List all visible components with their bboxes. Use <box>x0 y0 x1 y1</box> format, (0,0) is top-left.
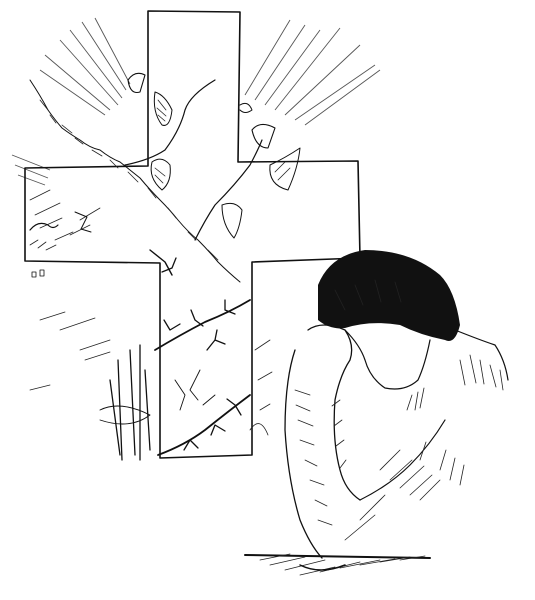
ground-shadow <box>245 554 430 575</box>
cross <box>25 11 360 458</box>
flowering-vine <box>125 73 300 240</box>
thorn-branch <box>150 250 250 455</box>
light-rays-right <box>245 20 380 125</box>
praying-man <box>285 250 508 558</box>
illustration-canvas: Ink drawing of a man praying before a we… <box>0 0 535 600</box>
crumbling-stone <box>30 80 240 282</box>
thorn-bush <box>30 312 272 460</box>
ink-drawing <box>0 0 535 600</box>
light-rays-left <box>12 18 130 185</box>
